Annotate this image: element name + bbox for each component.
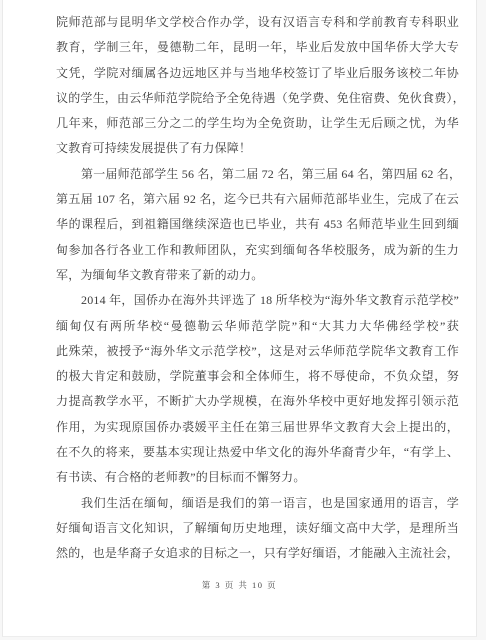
text-line: 此殊荣，被授予“海外华文示范学校”，这是对云华师范学院华文教育工作 xyxy=(56,339,459,364)
document-page: 院师范部与昆明华文学校合作办学，设有汉语言专科和学前教育专科职业 教育，学制三年… xyxy=(2,0,477,637)
text-line: 几年来，师范部三分之二的学生均为全免资助，让学生无后顾之忧，为华 xyxy=(56,111,459,136)
text-line: 的极大肯定和鼓励，学院董事会和全体师生，将不辱使命，不负众望，努 xyxy=(56,364,459,389)
document-body-text: 院师范部与昆明华文学校合作办学，设有汉语言专科和学前教育专科职业 教育，学制三年… xyxy=(56,10,459,567)
text-line: 有书读、有合格的老师教”的目标而不懈努力。 xyxy=(56,465,459,490)
text-line: 华的课程后，到祖籍国继续深造也已毕业，共有 453 名师范毕业生回到缅 xyxy=(56,212,459,237)
text-line: 教育，学制三年，曼德勒二年，昆明一年，毕业后发放中国华侨大学大专 xyxy=(56,35,459,60)
page-number-footer: 第 3 页 共 10 页 xyxy=(3,579,476,591)
text-line: 好缅甸语言文化知识，了解缅甸历史地理，读好缅文高中大学，是理所当 xyxy=(56,516,459,541)
text-line: 在不久的将来，要基本实现让热爱中华文化的海外华裔青少年，“有学上、 xyxy=(56,440,459,465)
text-line: 甸参加各行各业工作和教师团队，充实到缅甸各华校服务，成为新的生力 xyxy=(56,238,459,263)
text-line: 军，为缅甸华文教育带来了新的动力。 xyxy=(56,263,459,288)
text-line: 缅甸仅有两所华校“曼德勒云华师范学院”和“大其力大华佛经学校”获 xyxy=(56,314,459,339)
text-line: 院师范部与昆明华文学校合作办学，设有汉语言专科和学前教育专科职业 xyxy=(56,10,459,35)
text-line: 作用，为实现原国侨办裘媛平主任在第三届世界华文教育大会上提出的， xyxy=(56,415,459,440)
text-line: 议的学生，由云华师范学院给予全免待遇（免学费、免住宿费、免伙食费）， xyxy=(56,86,459,111)
text-line: 文教育可持续发展提供了有力保障！ xyxy=(56,136,459,161)
text-line: 力提高教学水平，不断扩大办学规模，在海外华校中更好地发挥引领示范 xyxy=(56,389,459,414)
text-line: 我们生活在缅甸，缅语是我们的第一语言，也是国家通用的语言，学 xyxy=(56,491,459,516)
text-line: 文凭，学院对缅属各边远地区并与当地华校签订了毕业后服务该校二年协 xyxy=(56,61,459,86)
text-line: 2014 年，国侨办在海外共评选了 18 所华校为“海外华文教育示范学校” xyxy=(56,288,459,313)
text-line: 然的，也是华裔子女追求的目标之一，只有学好缅语，才能融入主流社会， xyxy=(56,541,459,566)
text-line: 第五届 107 名，第六届 92 名，迄今已共有六届师范部毕业生，完成了在云 xyxy=(56,187,459,212)
text-line: 第一届师范部学生 56 名，第二届 72 名，第三届 64 名，第四届 62 名… xyxy=(56,162,459,187)
